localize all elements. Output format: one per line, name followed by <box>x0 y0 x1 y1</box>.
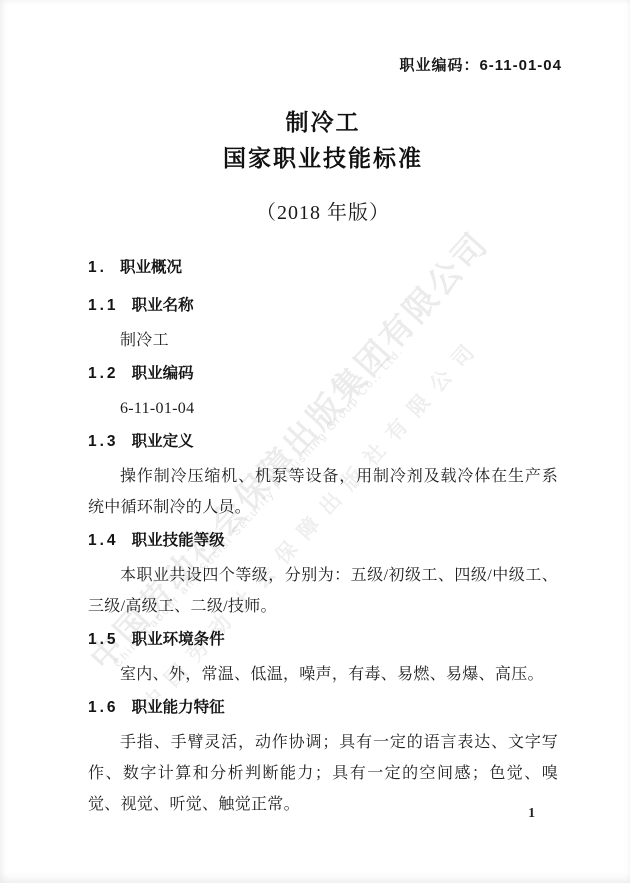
section-heading: 1.5职业环境条件 <box>88 629 558 651</box>
section-heading: 1.职业概况 <box>88 257 558 279</box>
section-skill-levels: 1.4职业技能等级 本职业共设四个等级，分别为：五级/初级工、四级/中级工、三级… <box>88 530 558 622</box>
section-number: 1.5 <box>88 631 119 648</box>
section-paragraph: 制冷工 <box>88 325 558 356</box>
section-number: 1.6 <box>88 699 119 716</box>
section-heading: 1.2职业编码 <box>88 363 558 385</box>
section-heading: 1.3职业定义 <box>88 431 558 453</box>
section-ability-traits: 1.6职业能力特征 手指、手臂灵活，动作协调；具有一定的语言表达、文字写作、数字… <box>88 697 558 820</box>
section-title: 职业环境条件 <box>132 631 225 648</box>
section-title: 职业能力特征 <box>132 699 225 716</box>
section-number: 1.1 <box>88 297 119 314</box>
section-title: 职业编码 <box>132 365 194 382</box>
section-title: 职业概况 <box>120 259 182 276</box>
section-title: 职业名称 <box>132 297 194 314</box>
section-work-environment: 1.5职业环境条件 室内、外，常温、低温，噪声，有毒、易燃、易爆、高压。 <box>88 629 558 690</box>
section-occupation-definition: 1.3职业定义 操作制冷压缩机、机泵等设备，用制冷剂及载冷体在生产系统中循环制冷… <box>88 431 558 523</box>
section-number: 1.2 <box>88 365 119 382</box>
document-title-line2: 国家职业技能标准 <box>88 140 558 176</box>
document-title-line1: 制冷工 <box>88 104 558 140</box>
section-occupation-name: 1.1职业名称 制冷工 <box>88 295 558 356</box>
section-paragraph: 本职业共设四个等级，分别为：五级/初级工、四级/中级工、三级/高级工、二级/技师… <box>88 560 558 622</box>
section-heading: 1.6职业能力特征 <box>88 697 558 719</box>
section-paragraph: 室内、外，常温、低温，噪声，有毒、易燃、易爆、高压。 <box>88 659 558 690</box>
section-paragraph: 手指、手臂灵活，动作协调；具有一定的语言表达、文字写作、数字计算和分析判断能力；… <box>88 727 558 820</box>
section-number: 1.3 <box>88 433 119 450</box>
section-title: 职业技能等级 <box>132 532 225 549</box>
section-overview: 1.职业概况 <box>88 257 558 279</box>
section-paragraph: 操作制冷压缩机、机泵等设备，用制冷剂及载冷体在生产系统中循环制冷的人员。 <box>88 461 558 523</box>
section-occupation-code: 1.2职业编码 6-11-01-04 <box>88 363 558 424</box>
section-heading: 1.4职业技能等级 <box>88 530 558 552</box>
page-content: 制冷工 国家职业技能标准 （2018 年版） 1.职业概况 1.1职业名称 制冷… <box>0 0 630 820</box>
edition-label: （2018 年版） <box>88 198 558 228</box>
section-number: 1. <box>88 259 107 276</box>
section-number: 1.4 <box>88 532 119 549</box>
section-title: 职业定义 <box>132 433 194 450</box>
section-paragraph: 6-11-01-04 <box>88 393 558 424</box>
document-page: 中国劳动社会保障出版集团有限公司 China Labour and Social… <box>0 0 630 883</box>
page-number: 1 <box>528 805 535 821</box>
section-heading: 1.1职业名称 <box>88 295 558 317</box>
